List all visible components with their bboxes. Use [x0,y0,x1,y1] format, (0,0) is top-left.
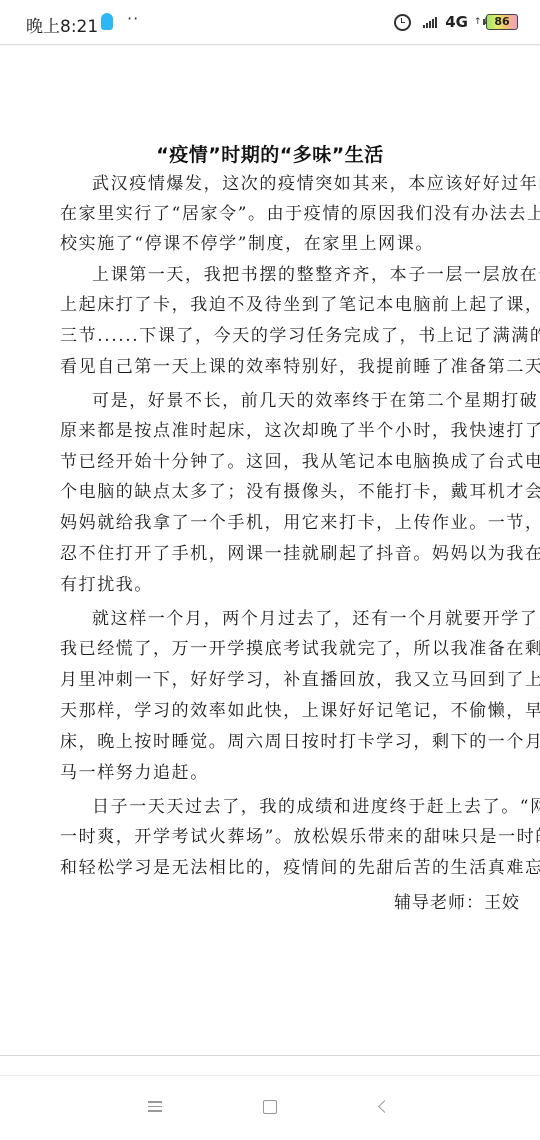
paragraph-3-line-3: 节已经开始十分钟了。这回，我从笔记本电脑换成了台式电脑，可这 [60,451,520,473]
paragraph-2-line-3: 三节......下课了，今天的学习任务完成了，书上记了满满的笔记， [60,325,520,347]
network-type: 4G [445,13,468,31]
battery-icon: 86 [486,14,518,30]
paragraph-4-line-6: 马一样努力追赶。 [60,762,520,784]
data-activity-icon: ↑↓ [474,18,480,26]
paragraph-1-line-1: 武汉疫情爆发，这次的疫情突如其来，本应该好好过年的我们却 [92,173,520,195]
paragraph-4-line-2: 我已经慌了，万一开学摸底考试我就完了，所以我准备在剩下的一个 [60,638,520,660]
paragraph-5-line-3: 和轻松学习是无法相比的，疫情间的先甜后苦的生活真难忘！ [60,857,520,879]
navigation-bar [0,1076,540,1140]
paragraph-1-line-2: 在家里实行了“居家令”。由于疫情的原因我们没有办法去上学，学 [60,203,520,225]
document-page[interactable]: “疫情”时期的“多味”生活 武汉疫情爆发，这次的疫情突如其来，本应该好好过年的我… [0,45,540,1055]
paragraph-2-line-2: 上起床打了卡，我迫不及待坐到了笔记本电脑前上起了课，一节两节 [60,294,520,316]
document-title: “疫情”时期的“多味”生活 [0,140,540,167]
paragraph-4-line-1: 就这样一个月，两个月过去了，还有一个月就要开学了，此时的 [92,608,520,630]
paragraph-2-line-4: 看见自己第一天上课的效率特别好，我提前睡了准备第二天上课。 [60,356,520,378]
more-dots-icon: ·· [127,9,139,28]
paragraph-3-line-6: 忍不住打开了手机，网课一挂就刷起了抖音。妈妈以为我在上课便没 [60,543,520,565]
paragraph-4-line-3: 月里冲刺一下，好好学习，补直播回放，我又立马回到了上网课第一 [60,669,520,691]
qq-icon [101,13,113,30]
paragraph-5-line-1: 日子一天天过去了，我的成绩和进度终于赶上去了。“网课冲浪 [92,796,520,818]
status-icons: 4G ↑↓ 86 [394,12,518,32]
paragraph-3-line-4: 个电脑的缺点太多了；没有摄像头，不能打卡，戴耳机才会有声音。 [60,481,520,503]
paragraph-4-line-4: 天那样，学习的效率如此快，上课好好记笔记，不偷懒，早上按时起 [60,700,520,722]
teacher-signature: 辅导老师：王姣 [394,888,520,913]
paragraph-3-line-7: 有打扰我。 [60,574,520,596]
paragraph-3-line-5: 妈妈就给我拿了一个手机，用它来打卡，上传作业。一节，两节，我 [60,512,520,534]
paragraph-2-line-1: 上课第一天，我把书摆的整整齐齐，本子一层一层放在一起，早 [92,264,520,286]
divider [0,1055,540,1056]
paragraph-5-line-2: 一时爽，开学考试火葬场”。放松娱乐带来的甜味只是一时的，但它 [60,826,520,848]
status-time: 晚上8:21 [26,12,98,37]
paragraph-3-line-1: 可是，好景不长，前几天的效率终于在第二个星期打破了记录。 [92,390,520,412]
status-bar: 晚上8:21 ·· 4G ↑↓ 86 [0,0,540,45]
menu-icon[interactable] [148,1098,172,1118]
cellular-signal-icon [423,16,437,28]
paragraph-1-line-3: 校实施了“停课不停学”制度，在家里上网课。 [60,233,520,255]
home-icon[interactable] [263,1100,277,1114]
alarm-clock-icon [394,14,411,31]
back-icon[interactable] [374,1098,398,1118]
paragraph-4-line-5: 床，晚上按时睡觉。周六周日按时打卡学习，剩下的一个月里我像黑 [60,731,520,753]
paragraph-3-line-2: 原来都是按点准时起床，这次却晚了半个小时，我快速打了卡，第一 [60,420,520,442]
